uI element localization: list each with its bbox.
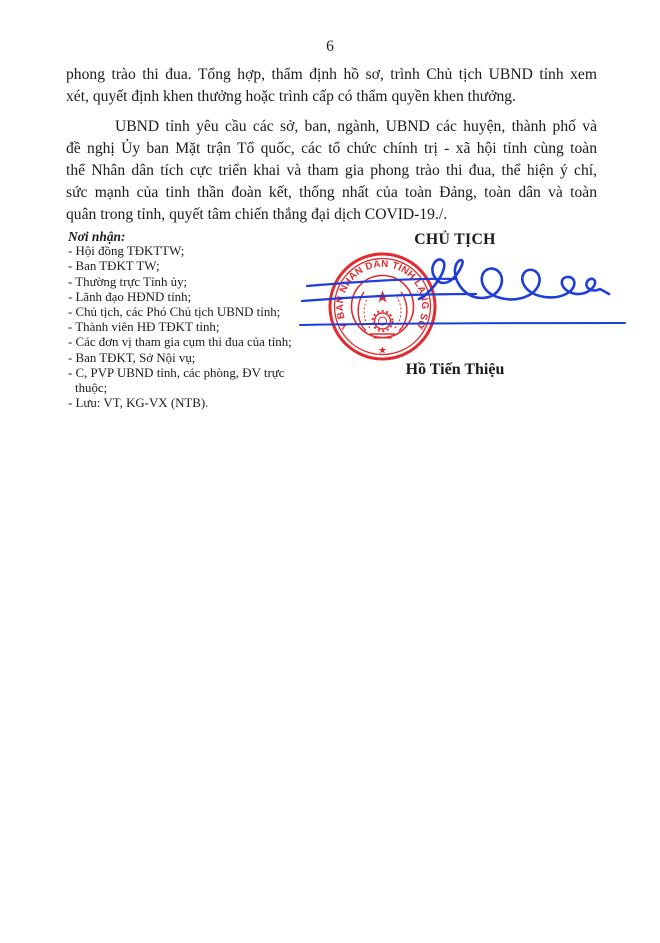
paragraph: phong trào thi đua. Tổng hợp, thẩm định … [66,64,597,108]
signature-strokes [300,259,625,325]
signer-title: CHỦ TỊCH [330,231,580,249]
paragraph-line: UBND tỉnh yêu cầu các sở, ban, ngành, UB… [66,116,597,138]
recipients-block: Nơi nhận: - Hội đồng TĐKTTW; - Ban TĐKT … [68,229,310,411]
recipient-item: - Thành viên HĐ TĐKT tỉnh; [68,320,310,335]
document-page: 6 phong trào thi đua. Tổng hợp, thẩm địn… [0,0,660,943]
signature-ink [293,252,638,337]
signer-name: Hồ Tiến Thiệu [330,361,580,379]
body-text: phong trào thi đua. Tổng hợp, thẩm định … [66,64,597,226]
paragraph-line: phong trào thi đua. Tổng hợp, thẩm định … [66,64,597,86]
recipient-item: - Ban TĐKT TW; [68,259,310,274]
paragraph-line: đề nghị Ủy ban Mặt trận Tổ quốc, các tổ … [66,138,597,160]
recipient-item: - Lưu: VT, KG-VX (NTB). [68,396,310,411]
recipient-item: - Ban TĐKT, Sở Nội vụ; [68,351,310,366]
recipient-item: - Lãnh đạo HĐND tỉnh; [68,290,310,305]
paragraph: UBND tỉnh yêu cầu các sở, ban, ngành, UB… [66,116,597,226]
seal-bottom-star-icon: ★ [378,346,387,357]
recipient-item: - Chủ tịch, các Phó Chủ tịch UBND tỉnh; [68,305,310,320]
recipients-heading: Nơi nhận: [68,229,310,244]
recipient-item: - Các đơn vị tham gia cụm thi đua của tỉ… [68,335,310,350]
recipient-item: - Thường trực Tỉnh ủy; [68,275,310,290]
paragraph-line: xét, quyết định khen thưởng hoặc trình c… [66,86,597,108]
page-number: 6 [0,38,660,56]
recipient-item: - Hội đồng TĐKTTW; [68,244,310,259]
paragraph-line: quân trong tỉnh, quyết tâm chiến thắng đ… [66,204,597,226]
paragraph-line: sức mạnh của tinh thần đoàn kết, thống n… [66,182,597,204]
paragraph-line: thể Nhân dân tích cực triển khai và tham… [66,160,597,182]
recipient-item: - C, PVP UBND tỉnh, các phòng, ĐV trực t… [68,366,310,396]
